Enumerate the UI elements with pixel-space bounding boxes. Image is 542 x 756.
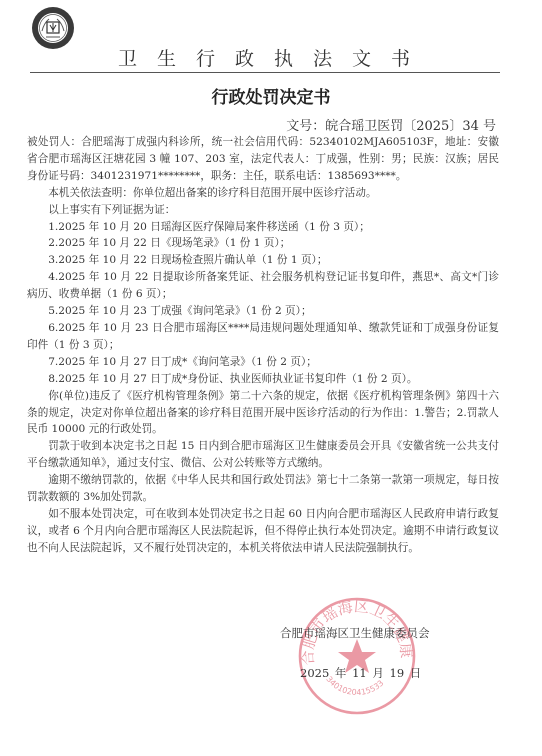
penalized-party: 被处罚人：合肥瑶海丁成强内科诊所，统一社会信用代码：52340102MJA605… bbox=[27, 134, 499, 185]
series-title: 卫生行政执法文书 bbox=[118, 44, 430, 71]
evidence-item: 1.2025 年 10 月 20 日瑶海区医疗保障局案件移送函（1 份 3 页）… bbox=[27, 219, 499, 236]
header-rule bbox=[30, 72, 500, 73]
health-inspection-emblem-icon bbox=[31, 6, 75, 50]
appeal-paragraph: 如不服本处罚决定，可在收到本处罚决定书之日起 60 日内向合肥市瑶海区人民政府申… bbox=[27, 506, 499, 557]
document-number: 文号：皖合瑶卫医罚〔2025〕34 号 bbox=[286, 115, 496, 134]
evidence-item: 7.2025 年 10 月 27 日丁成*《询问笔录》（1 份 2 页）； bbox=[27, 354, 499, 371]
evidence-item: 8.2025 年 10 月 27 日丁成*身份证、执业医师执业证书复印件（1 份… bbox=[27, 371, 499, 388]
document-title: 行政处罚决定书 bbox=[0, 83, 542, 108]
issuing-authority: 合肥市瑶海区卫生健康委员会 bbox=[280, 625, 430, 641]
evidence-item: 5.2025 年 10 月 23 丁成强《询问笔录》（1 份 2 页）； bbox=[27, 303, 499, 320]
decision-paragraph: 你(单位)违反了《医疗机构管理条例》第二十六条的规定，依据《医疗机构管理条例》第… bbox=[27, 388, 499, 439]
official-seal-icon: 合肥市瑶海区卫生健康委员会 3401020415533 bbox=[296, 595, 418, 717]
finding-paragraph: 本机关依法查明：你单位超出备案的诊疗科目范围开展中医诊疗活动。 bbox=[27, 185, 499, 202]
evidence-intro: 以上事实有下列证据为证： bbox=[27, 202, 499, 219]
document-body: 被处罚人：合肥瑶海丁成强内科诊所，统一社会信用代码：52340102MJA605… bbox=[27, 134, 499, 557]
late-penalty-paragraph: 逾期不缴纳罚款的，依据《中华人民共和国行政处罚法》第七十二条第一款第一项规定，每… bbox=[27, 472, 499, 506]
payment-paragraph: 罚款于收到本决定书之日起 15 日内到合肥市瑶海区卫生健康委员会开具《安徽省统一… bbox=[27, 438, 499, 472]
evidence-item: 3.2025 年 10 月 22 日现场检查照片确认单（1 份 1 页）； bbox=[27, 252, 499, 269]
evidence-item: 6.2025 年 10 月 23 日合肥市瑶海区****局违规问题处理通知单、缴… bbox=[27, 320, 499, 354]
evidence-item: 4.2025 年 10 月 22 日提取诊所备案凭证、社会服务机构登记证书复印件… bbox=[27, 269, 499, 303]
evidence-item: 2.2025 年 10 月 22 日《现场笔录》（1 份 1 页）； bbox=[27, 235, 499, 252]
issue-date: 2025 年 11 月 19 日 bbox=[300, 665, 421, 681]
